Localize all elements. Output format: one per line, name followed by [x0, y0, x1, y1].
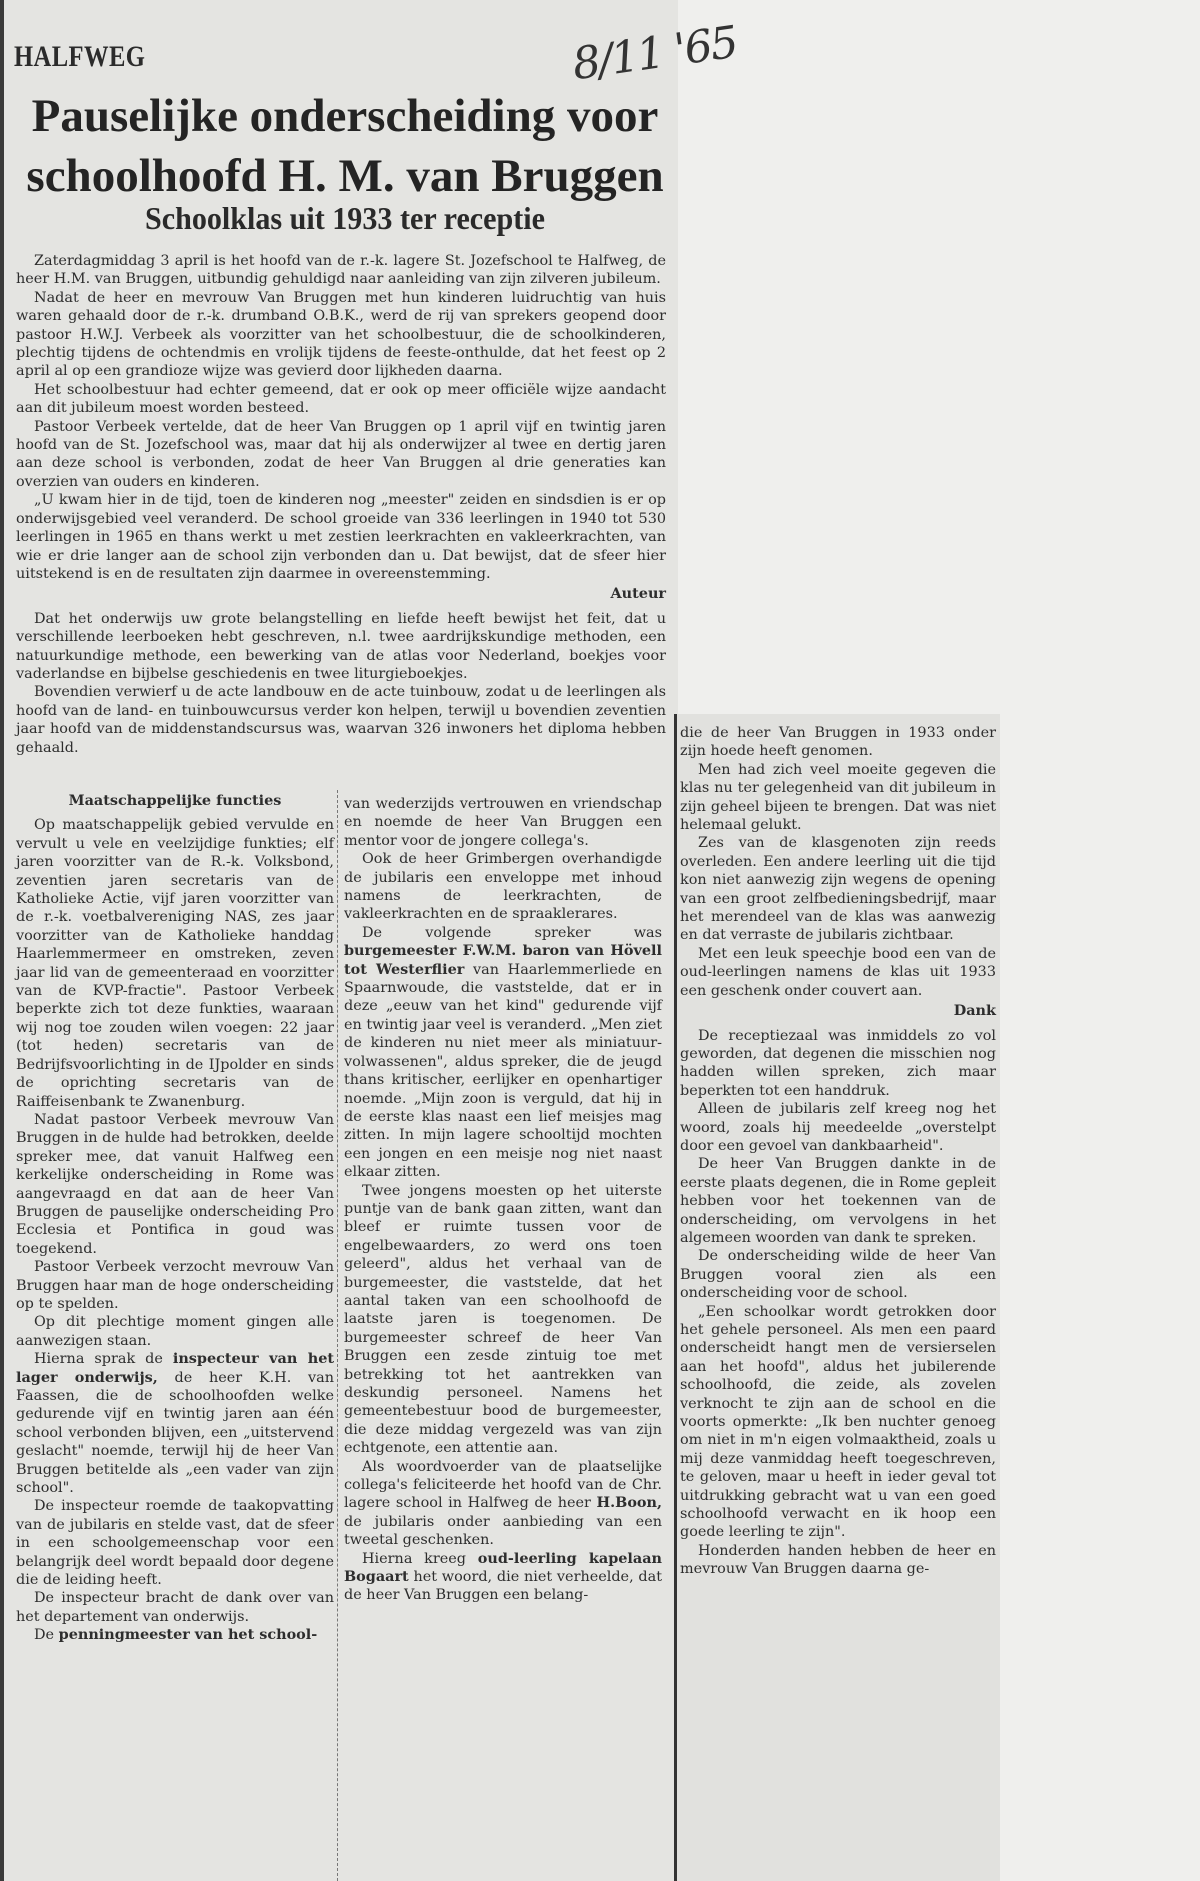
paragraph: Nadat pastoor Verbeek mevrouw Van Brugge… — [16, 1111, 334, 1258]
text-run: van Haarlemmerliede en Spaarnwoude, die … — [344, 962, 662, 1180]
paragraph-bogaart: Hierna kreeg oud-leerling kapelaan Bogaa… — [344, 1550, 662, 1605]
paragraph: Bovendien verwierf u de acte landbouw en… — [16, 683, 666, 757]
paragraph: Dat het onderwijs uw grote belangstellin… — [16, 610, 666, 684]
subheadline: Schoolklas uit 1933 ter receptie — [40, 200, 651, 237]
paragraph: Men had zich veel moeite gegeven die kla… — [680, 761, 996, 835]
bold-text-run: H.Boon, — [597, 1494, 662, 1511]
column-b: van wederzijds vertrouwen en vriendschap… — [344, 795, 662, 1605]
text-run: Hierna kreeg — [362, 1551, 478, 1567]
text-run: De — [34, 1627, 59, 1643]
column-a: Maatschappelijke functies Op maatschappe… — [16, 790, 334, 1645]
paragraph-continued: die de heer Van Bruggen in 1933 onder zi… — [680, 724, 996, 761]
paragraph: De receptiezaal was inmiddels zo vol gew… — [680, 1027, 996, 1101]
paragraph: Het schoolbestuur had echter gemeend, da… — [16, 381, 666, 418]
paragraph: Zaterdagmiddag 3 april is het hoofd van … — [16, 252, 666, 289]
text-run: Hierna sprak de — [34, 1351, 173, 1367]
headline: Pauselijke onderscheiding voor schoolhoo… — [20, 86, 670, 206]
column-divider — [337, 790, 339, 1881]
paragraph: „U kwam hier in de tijd, toen de kindere… — [16, 491, 666, 583]
paragraph: Op dit plechtige moment gingen alle aanw… — [16, 1313, 334, 1350]
paragraph: Met een leuk speechje bood een van de ou… — [680, 945, 996, 1000]
paragraph: Pastoor Verbeek verzocht mevrouw Van Bru… — [16, 1258, 334, 1313]
paragraph: Twee jongens moesten op het uiterste pun… — [344, 1182, 662, 1458]
paragraph-continued: van wederzijds vertrouwen en vriendschap… — [344, 795, 662, 850]
paragraph: Honderden handen hebben de heer en mevro… — [680, 1542, 996, 1579]
dateline: HALFWEG — [14, 40, 145, 74]
paragraph-boon: Als woordvoerder van de plaatselijke col… — [344, 1458, 662, 1550]
section-heading-maatschappelijke-functies: Maatschappelijke functies — [16, 792, 334, 810]
paragraph: De inspecteur roemde de taakopvatting va… — [16, 1497, 334, 1589]
paragraph: Op maatschappelijk gebied vervulde en ve… — [16, 816, 334, 1111]
paragraph: De heer Van Bruggen dankte in de eerste … — [680, 1155, 996, 1247]
paragraph: Zes van de klasgenoten zijn reeds overle… — [680, 834, 996, 944]
paragraph: De inspecteur bracht de dank over van he… — [16, 1589, 334, 1626]
section-heading-dank: Dank — [680, 1002, 996, 1020]
text-run: de heer K.H. van Faassen, die de schoolh… — [16, 1370, 334, 1496]
paragraph: Ook de heer Grimbergen overhandigde de j… — [344, 850, 662, 924]
paragraph-inspecteur: Hierna sprak de inspecteur van het lager… — [16, 1350, 334, 1497]
section-heading-auteur: Auteur — [16, 585, 666, 603]
paragraph: Nadat de heer en mevrouw Van Bruggen met… — [16, 289, 666, 381]
lead-section: Zaterdagmiddag 3 april is het hoofd van … — [16, 252, 666, 757]
paragraph: Pastoor Verbeek vertelde, dat de heer Va… — [16, 418, 666, 492]
paragraph: Alleen de jubilaris zelf kreeg nog het w… — [680, 1100, 996, 1155]
paragraph: De onderscheiding wilde de heer Van Brug… — [680, 1247, 996, 1302]
paragraph-penningmeester: De penningmeester van het school- — [16, 1626, 334, 1644]
paragraph: „Een schoolkar wordt getrokken door het … — [680, 1303, 996, 1542]
column-c: die de heer Van Bruggen in 1933 onder zi… — [680, 724, 996, 1579]
paragraph-burgemeester: De volgende spreker was burgemeester F.W… — [344, 924, 662, 1182]
text-run: de jubilaris onder aanbieding van een tw… — [344, 1514, 662, 1548]
bold-text-run: penningmeester van het school- — [59, 1626, 318, 1643]
text-run: De volgende spreker was — [362, 925, 662, 941]
